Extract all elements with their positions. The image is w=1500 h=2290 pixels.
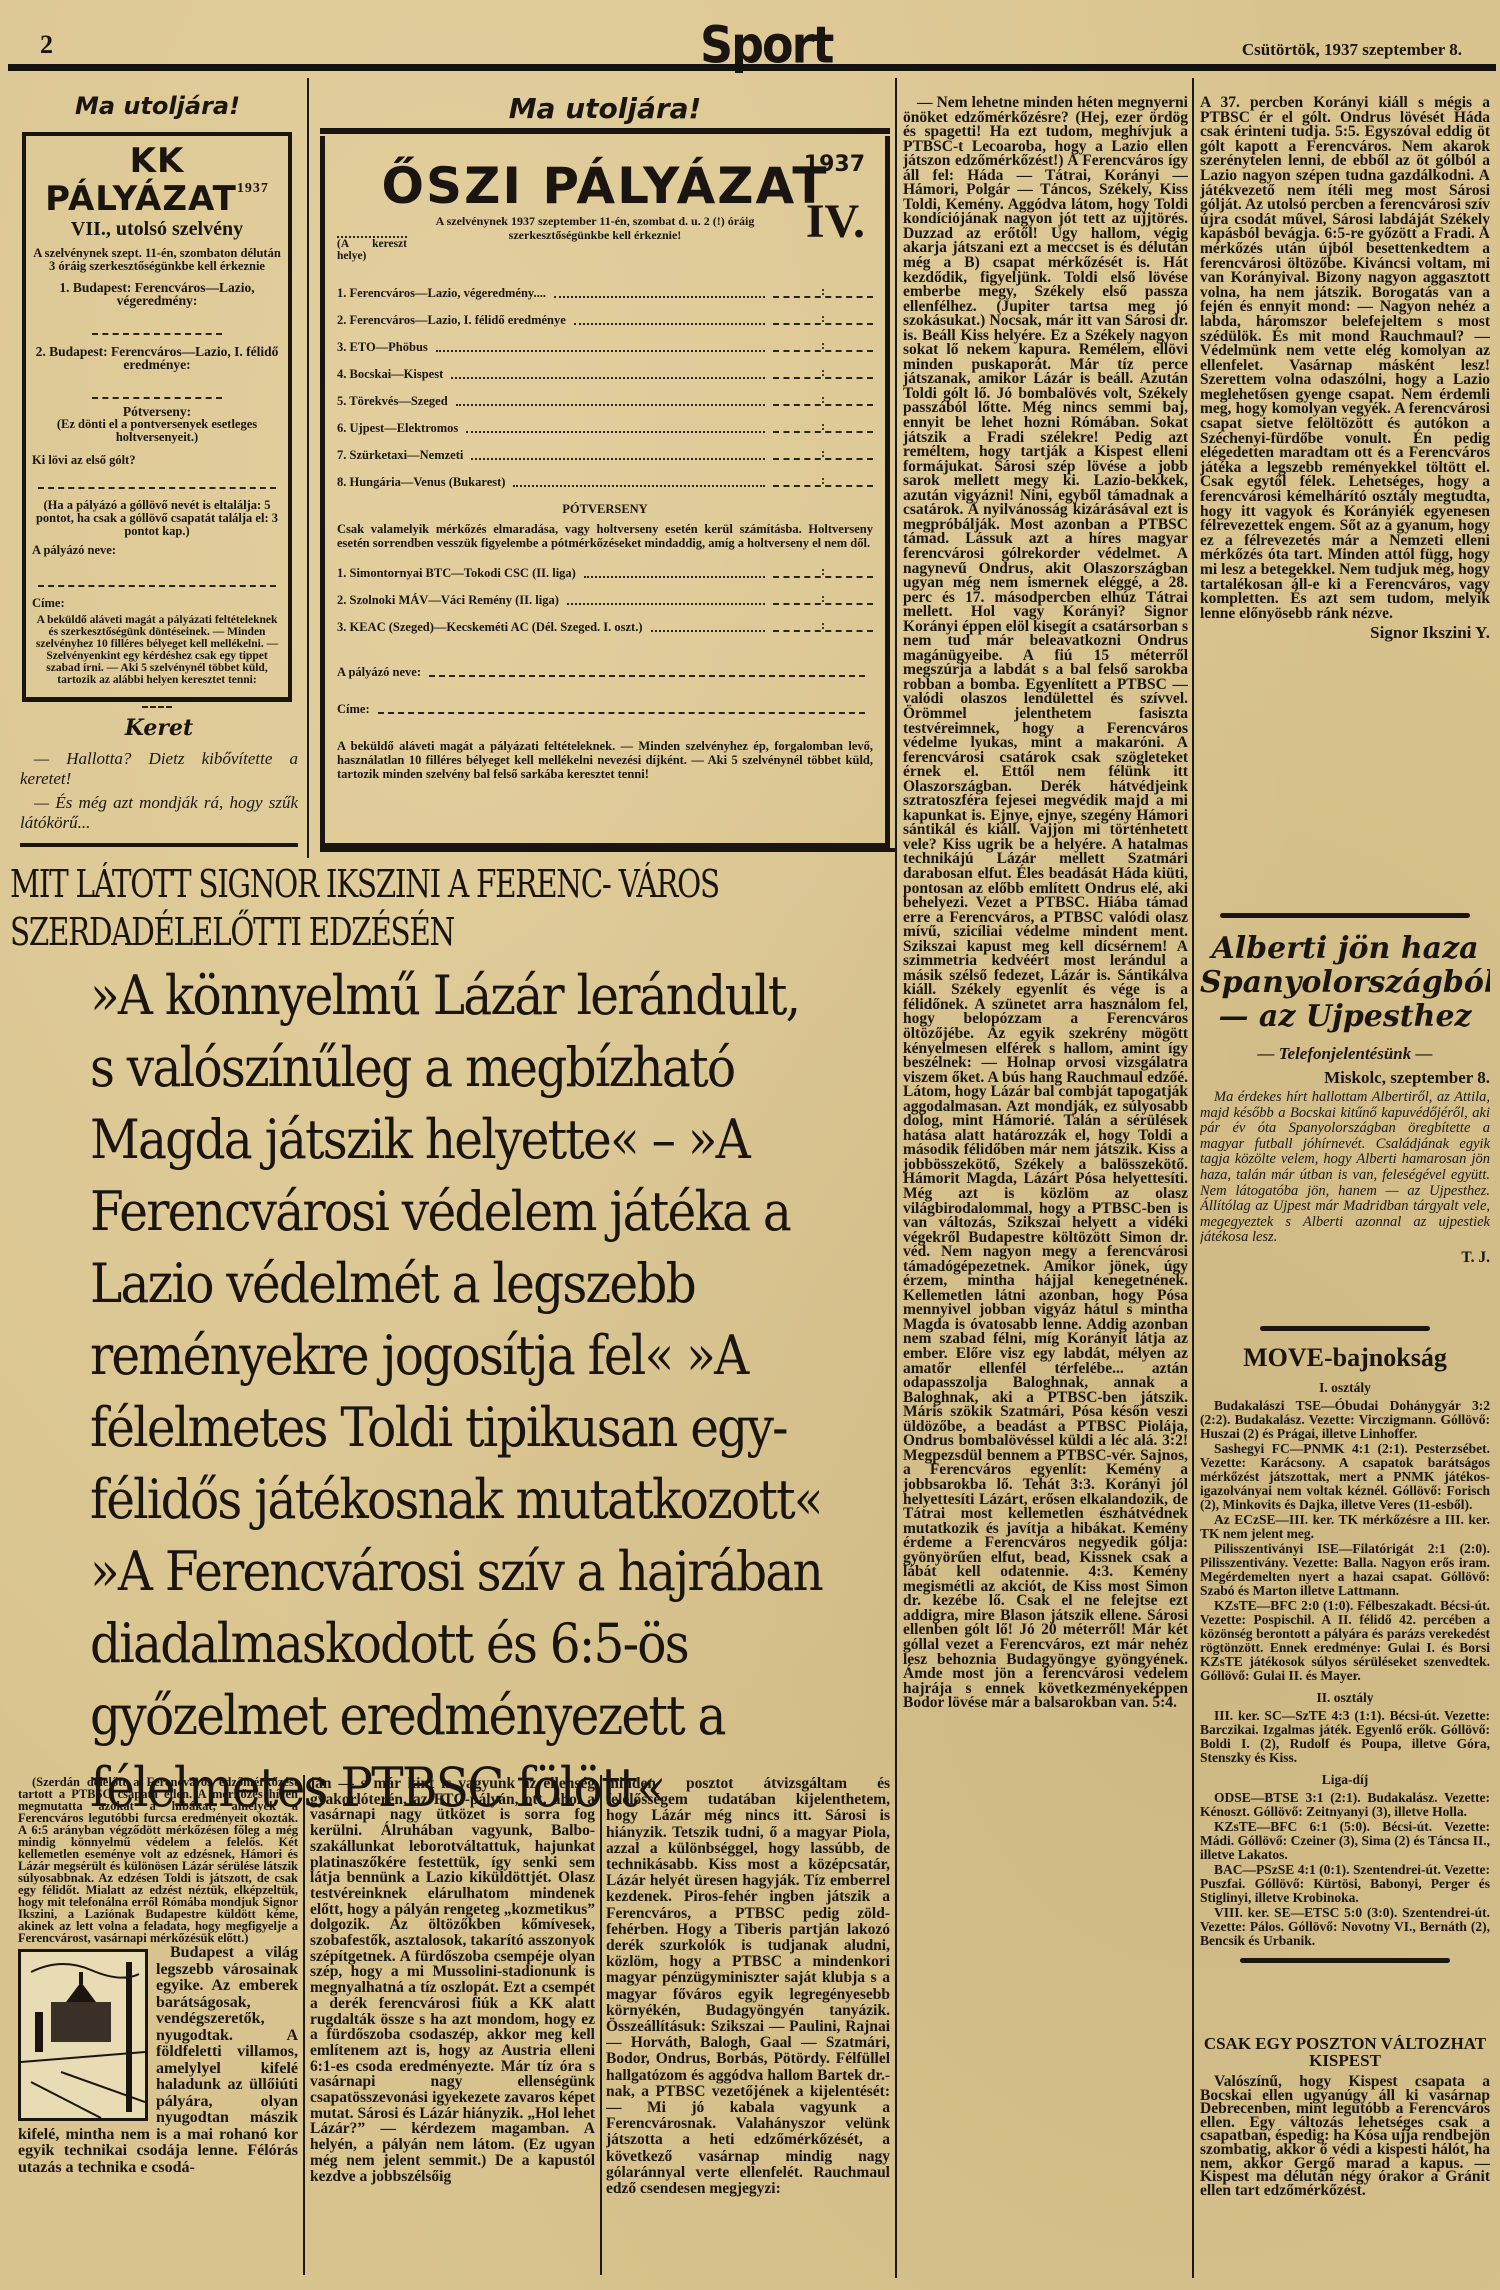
move-result-item: III. ker. SC—SzTE 4:3 (1:1). Bécsi-út. V… — [1200, 1709, 1490, 1765]
alberti-article: Alberti jön haza Spanyolországból — az U… — [1200, 905, 1490, 1325]
move-result-item: Sashegyi FC—PNMK 4:1 (2:1). Pesterzsébet… — [1200, 1442, 1490, 1512]
oszi-match-label: 6. Ujpest—Elektromos — [337, 421, 458, 436]
kk-subtitle: VII., utolsó szelvény — [32, 218, 282, 241]
section-divider — [1240, 1958, 1450, 1963]
oszi-pot-match-label: 3. KEAC (Szeged)—Kecskeméti AC (Dél. Sze… — [337, 620, 643, 635]
oszi-match-row[interactable]: 5. Törekvés—Szeged — [337, 382, 873, 409]
kk-question-3: Ki lövi az első gólt? — [32, 454, 282, 467]
oszi-match-label: 4. Bocskai—Kispest — [337, 367, 443, 382]
oszi-match-label: 7. Szürketaxi—Nemzeti — [337, 448, 463, 463]
oszi-match-row[interactable]: 4. Bocskai—Kispest — [337, 355, 873, 382]
tram-illustration — [18, 1949, 148, 2121]
oszi-match-row[interactable]: 2. Ferencváros—Lazio, I. félidő eredmény… — [337, 301, 873, 328]
page-number: 2 — [40, 30, 53, 60]
oszi-match-label: 8. Hungária—Venus (Bukarest) — [337, 475, 505, 490]
oszi-match-row[interactable]: 8. Hungária—Venus (Bukarest) — [337, 463, 873, 490]
oszi-match-row[interactable]: 7. Szürketaxi—Nemzeti — [337, 436, 873, 463]
alberti-title: Alberti jön haza Spanyolországból — az U… — [1200, 932, 1490, 1034]
move-section-heading: Liga-díj — [1200, 1773, 1490, 1787]
oszi-match-list: 1. Ferencváros—Lazio, végeredmény....2. … — [337, 274, 873, 490]
oszi-pot-match-result-field[interactable] — [773, 630, 873, 632]
keret-line-1: — Hallotta? Dietz kibővítette a keretet! — [20, 749, 298, 789]
kk-question-1: 1. Budapest: Ferencváros—Lazio, végeredm… — [32, 281, 282, 307]
oszi-pot-match-list: 1. Simontornyai BTC—Tokodi CSC (II. liga… — [337, 554, 873, 635]
oszi-pot-match-row[interactable]: 1. Simontornyai BTC—Tokodi CSC (II. liga… — [337, 554, 873, 581]
oszi-match-result-field[interactable] — [773, 350, 873, 352]
oszi-name-field[interactable]: A pályázó neve: — [337, 653, 873, 680]
move-result-item: Pilisszentiványi ISE—Filatórigát 2:1 (2:… — [1200, 1542, 1490, 1598]
column-rule — [895, 78, 897, 2278]
oszi-match-label: 3. ETO—Phöbus — [337, 340, 428, 355]
oszi-match-row[interactable]: 6. Ujpest—Elektromos — [337, 409, 873, 436]
move-title: MOVE-bajnokság — [1200, 1343, 1490, 1373]
section-divider — [1220, 913, 1470, 918]
oszi-heading: Ma utoljára! — [320, 92, 890, 125]
kk-question-2: 2. Budapest: Ferencváros—Lazio, I. félid… — [32, 345, 282, 371]
article-intro: (Szerdán délelőtt a Ferencváros edzőmérk… — [18, 1776, 298, 1944]
oszi-match-label: 2. Ferencváros—Lazio, I. félidő eredmény… — [337, 313, 566, 328]
oszi-match-row[interactable]: 3. ETO—Phöbus — [337, 328, 873, 355]
kk-deadline: A szelvénynek szept. 11-én, szombaton dé… — [32, 247, 282, 273]
article-headline: »A könnyelmű Lázár lerándult, s valószín… — [90, 960, 828, 1824]
oszi-year: 1937 — [804, 152, 865, 177]
column-rule — [1192, 78, 1194, 2278]
move-result-item: KZsTE—BFC 6:1 (5:0). Bécsi-út. Vezette: … — [1200, 1820, 1490, 1862]
oszi-match-row[interactable]: 1. Ferencváros—Lazio, végeredmény.... — [337, 274, 873, 301]
move-results: I. osztályBudakalászi TSE—Óbudai Dohányg… — [1200, 1381, 1490, 1948]
article-kicker: MIT LÁTOTT SIGNOR IKSZINI A FERENC- VÁRO… — [10, 860, 767, 956]
alberti-signature: T. J. — [1200, 1250, 1490, 1266]
kispest-title: CSAK EGY POSZTON VÁLTOZHAT KISPEST — [1200, 2035, 1490, 2069]
kk-potverseny-note: (Ez dönti el a pontversenyek esetleges h… — [32, 418, 282, 444]
move-result-item: Budakalászi TSE—Óbudai Dohánygyár 3:2 (2… — [1200, 1399, 1490, 1441]
column-rule — [307, 78, 309, 858]
oszi-match-result-field[interactable] — [773, 431, 873, 433]
masthead-rule — [8, 64, 1496, 71]
oszi-match-label: 1. Ferencváros—Lazio, végeredmény.... — [337, 286, 546, 301]
oszi-pot-match-row[interactable]: 3. KEAC (Szeged)—Kecskeméti AC (Dél. Sze… — [337, 608, 873, 635]
oszi-match-result-field[interactable] — [773, 458, 873, 460]
oszi-pot-match-label: 1. Simontornyai BTC—Tokodi CSC (II. liga… — [337, 566, 576, 581]
oszi-match-result-field[interactable] — [773, 377, 873, 379]
tram-illustration-icon — [21, 1952, 145, 2118]
oszi-match-result-field[interactable] — [773, 404, 873, 406]
kk-answer-3-field[interactable] — [38, 477, 276, 489]
move-result-item: ODSE—BTSE 3:1 (2:1). Budakalász. Vezette… — [1200, 1791, 1490, 1819]
keret-line-2: — És még azt mondják rá, hogy szűk látók… — [20, 793, 298, 833]
kispest-body: Valószínű, hogy Kispest csapata a Bocska… — [1200, 2075, 1490, 2197]
kk-heading: Ma utoljára! — [20, 92, 295, 120]
move-section-heading: II. osztály — [1200, 1691, 1490, 1705]
column-rule — [600, 1775, 602, 2275]
kk-answer-1-field[interactable] — [92, 323, 222, 335]
article-column-3: minden posztot átvizsgáltam és felelőssé… — [606, 1776, 890, 2286]
article-column-1: (Szerdán délelőtt a Ferencváros edzőmérk… — [18, 1776, 298, 2286]
oszi-match-result-field[interactable] — [773, 296, 873, 298]
alberti-kicker: — Telefonjelentésünk — — [1200, 1046, 1490, 1062]
oszi-rules: A beküldő aláveti magát a pályázati felt… — [337, 739, 873, 781]
kk-answer-2-field[interactable] — [92, 387, 222, 399]
oszi-match-result-field[interactable] — [773, 323, 873, 325]
kispest-article: CSAK EGY POSZTON VÁLTOZHAT KISPEST Valós… — [1200, 2035, 1490, 2285]
column-rule — [303, 1775, 305, 2275]
move-result-item: BAC—PSzSE 4:1 (0:1). Szentendrei-út. Vez… — [1200, 1863, 1490, 1905]
move-bajnoksag: MOVE-bajnokság I. osztályBudakalászi TSE… — [1200, 1322, 1490, 2022]
oszi-palyazat-coupon[interactable]: ŐSZI PÁLYÁZAT 1937 IV. A szelvénynek 193… — [320, 136, 890, 848]
kk-title: KK PÁLYÁZAT1937 — [32, 142, 282, 218]
oszi-potverseny-title: PÓTVERSENY — [337, 502, 873, 516]
article-column-5: A 37. percben Korányi kiáll s mégis a PT… — [1200, 96, 1490, 896]
article-column-2: ján — s már kint is vagyunk az ellenség … — [310, 1776, 595, 2286]
alberti-dateline: Miskolc, szeptember 8. — [1200, 1070, 1490, 1086]
section-divider — [1260, 1326, 1430, 1331]
oszi-pot-match-row[interactable]: 2. Szolnoki MÁV—Váci Remény (II. liga) — [337, 581, 873, 608]
article-column-4: — Nem lehetne minden héten megnyerni önö… — [903, 96, 1188, 2276]
keret-title: Keret — [20, 715, 298, 741]
kk-name-field[interactable] — [38, 575, 276, 587]
article-signature: Signor Ikszini Y. — [1200, 625, 1490, 641]
oszi-pot-match-label: 2. Szolnoki MÁV—Váci Remény (II. liga) — [337, 593, 559, 608]
oszi-match-label: 5. Törekvés—Szeged — [337, 394, 448, 409]
kk-palyazat-coupon[interactable]: KK PÁLYÁZAT1937 VII., utolsó szelvény A … — [22, 132, 292, 702]
oszi-pot-match-result-field[interactable] — [773, 576, 873, 578]
kk-scoring: (Ha a pályázó a góllövő nevét is eltalál… — [32, 499, 282, 538]
alberti-body: Ma érdekes hírt hallottam Albertiről, az… — [1200, 1090, 1490, 1246]
move-result-item: Az ECzSE—III. ker. TK mérkőzésre a III. … — [1200, 1513, 1490, 1541]
oszi-potverseny-text: Csak valamelyik mérkőzés elmaradása, vag… — [337, 522, 873, 550]
oszi-pot-match-result-field[interactable] — [773, 603, 873, 605]
move-result-item: VIII. ker. SE—ETSC 5:0 (3:0). Szentendre… — [1200, 1906, 1490, 1948]
issue-date: Csütörtök, 1937 szeptember 8. — [1242, 40, 1462, 60]
oszi-deadline: A szelvénynek 1937 szeptember 11-én, szo… — [407, 214, 783, 242]
kk-address-label: Címe: — [32, 597, 282, 610]
oszi-match-result-field[interactable] — [773, 485, 873, 487]
oszi-title: ŐSZI PÁLYÁZAT — [337, 160, 873, 212]
keret-item: Keret — Hallotta? Dietz kibővítette a ke… — [20, 715, 298, 847]
oszi-coupon-number: IV. — [806, 194, 865, 249]
kk-cross-field[interactable] — [142, 696, 172, 708]
kk-name-label: A pályázó neve: — [32, 544, 282, 557]
oszi-cross-place[interactable]: (A kereszt helye) — [337, 236, 407, 262]
oszi-address-field[interactable]: Címe: — [337, 690, 873, 717]
move-section-heading: I. osztály — [1200, 1381, 1490, 1395]
kk-rules: A beküldő aláveti magát a pályázati felt… — [32, 614, 282, 686]
move-result-item: KZsTE—BFC 2:0 (1:0). Félbeszakadt. Bécsi… — [1200, 1599, 1490, 1683]
